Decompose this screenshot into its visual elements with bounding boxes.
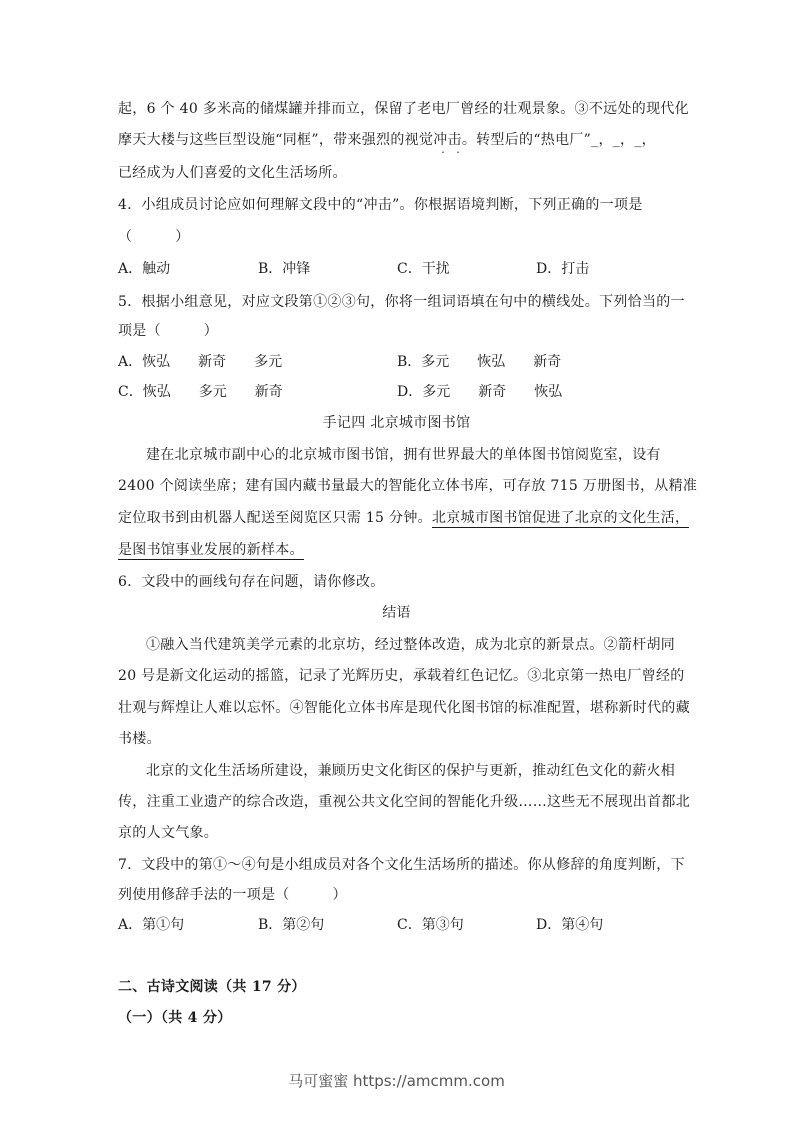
question-5-stem: 5．根据小组意见，对应文段第①②③句，你将一组词语填在句中的横线处。下列恰当的一 [118, 293, 685, 311]
note-4-line-1: 建在北京城市副中心的北京城市图书馆，拥有世界最大的单体图书馆阅览室，设有 [146, 446, 661, 464]
q4-option-b: B．冲锋 [258, 260, 310, 278]
q5-option-c: C．恢弘 多元 新奇 [118, 383, 283, 401]
section-2-heading: 二、古诗文阅读（共 17 分） [118, 978, 306, 996]
passage-line-2: 摩天大楼与这些巨型设施“同框”，带来强烈的视觉冲击。转型后的“热电厂”_，_，_… [118, 131, 656, 149]
conclusion-p1-line-2: 20 号是新文化运动的摇篮，记录了光辉历史，承载着红色记忆。③北京第一热电厂曾经… [118, 667, 685, 685]
conclusion-p2-line-2: 传，注重工业遗产的综合改造，重视公共文化空间的智能化升级……这些无不展现出首都北 [118, 793, 690, 811]
note-4-title: 手记四 北京城市图书馆 [0, 414, 793, 432]
note-4-line-4: 是图书馆事业发展的新样本。 [118, 541, 304, 559]
q5-option-a: A．恢弘 新奇 多元 [118, 353, 282, 371]
conclusion-p2-line-1: 北京的文化生活场所建设，兼顾历史文化街区的保护与更新，推动红色文化的薪火相 [146, 762, 675, 780]
q5-option-d: D．多元 新奇 恢弘 [397, 383, 562, 401]
emphasized-word: 冲击 [433, 132, 462, 148]
passage-line-3: 已经成为人们喜爱的文化生活场所。 [118, 164, 347, 182]
q7-option-c: C．第③句 [397, 916, 464, 934]
note-4-line-2: 2400 个阅读坐席；建有国内藏书量最大的智能化立体书库，可存放 715 万册图… [118, 477, 697, 495]
passage-line-2-b: 。转型后的“热电厂”_，_，_， [462, 132, 656, 148]
conclusion-p1-line-1: ①融入当代建筑美学元素的北京坊，经过整体改造，成为北京的新景点。②箭杆胡同 [146, 636, 675, 654]
q7-option-b: B．第②句 [258, 916, 324, 934]
question-4-stem: 4．小组成员讨论应如何理解文段中的“冲击”。你根据语境判断，下列正确的一项是 [118, 196, 643, 214]
q7-option-a: A．第①句 [118, 916, 184, 934]
underlined-sentence-part-2: 是图书馆事业发展的新样本。 [118, 542, 304, 560]
section-2-subheading: （一）（共 4 分） [118, 1009, 232, 1027]
underlined-sentence-part-1: 北京城市图书馆促进了北京的文化生活， [432, 510, 689, 528]
q7-option-d: D．第④句 [536, 916, 603, 934]
question-6-stem: 6．文段中的画线句存在问题，请你修改。 [118, 573, 385, 591]
question-4-blank: （ ） [118, 228, 190, 246]
question-5-stem-2: 项是（ ） [118, 322, 218, 340]
passage-line-1: 起，6 个 40 多米高的储煤罐并排而立，保留了老电厂曾经的壮观景象。③不远处的… [118, 100, 689, 118]
question-7-stem-2: 列使用修辞手法的一项是（ ） [118, 886, 347, 904]
passage-line-2-a: 摩天大楼与这些巨型设施“同框”，带来强烈的视觉 [118, 132, 433, 148]
watermark-footer: 马可蜜蜜 https://amcmm.com [0, 1070, 793, 1091]
q4-option-d: D．打击 [536, 260, 589, 278]
question-7-stem: 7．文段中的第①～④句是小组成员对各个文化生活场所的描述。你从修辞的角度判断，下 [118, 856, 685, 874]
q4-option-a: A．触动 [118, 260, 170, 278]
conclusion-title: 结语 [0, 604, 793, 622]
document-page: 起，6 个 40 多米高的储煤罐并排而立，保留了老电厂曾经的壮观景象。③不远处的… [0, 0, 793, 1122]
q5-option-b: B．多元 恢弘 新奇 [397, 353, 561, 371]
conclusion-p2-line-3: 京的人文气象。 [118, 824, 218, 842]
conclusion-p1-line-4: 书楼。 [118, 730, 161, 748]
note-4-line-3-text: 定位取书到由机器人配送至阅览区只需 15 分钟。 [118, 510, 432, 526]
q4-option-c: C．干扰 [397, 260, 450, 278]
note-4-line-3: 定位取书到由机器人配送至阅览区只需 15 分钟。北京城市图书馆促进了北京的文化生… [118, 509, 689, 527]
conclusion-p1-line-3: 壮观与辉煌让人难以忘怀。④智能化立体书库是现代化图书馆的标准配置，堪称新时代的藏 [118, 699, 690, 717]
